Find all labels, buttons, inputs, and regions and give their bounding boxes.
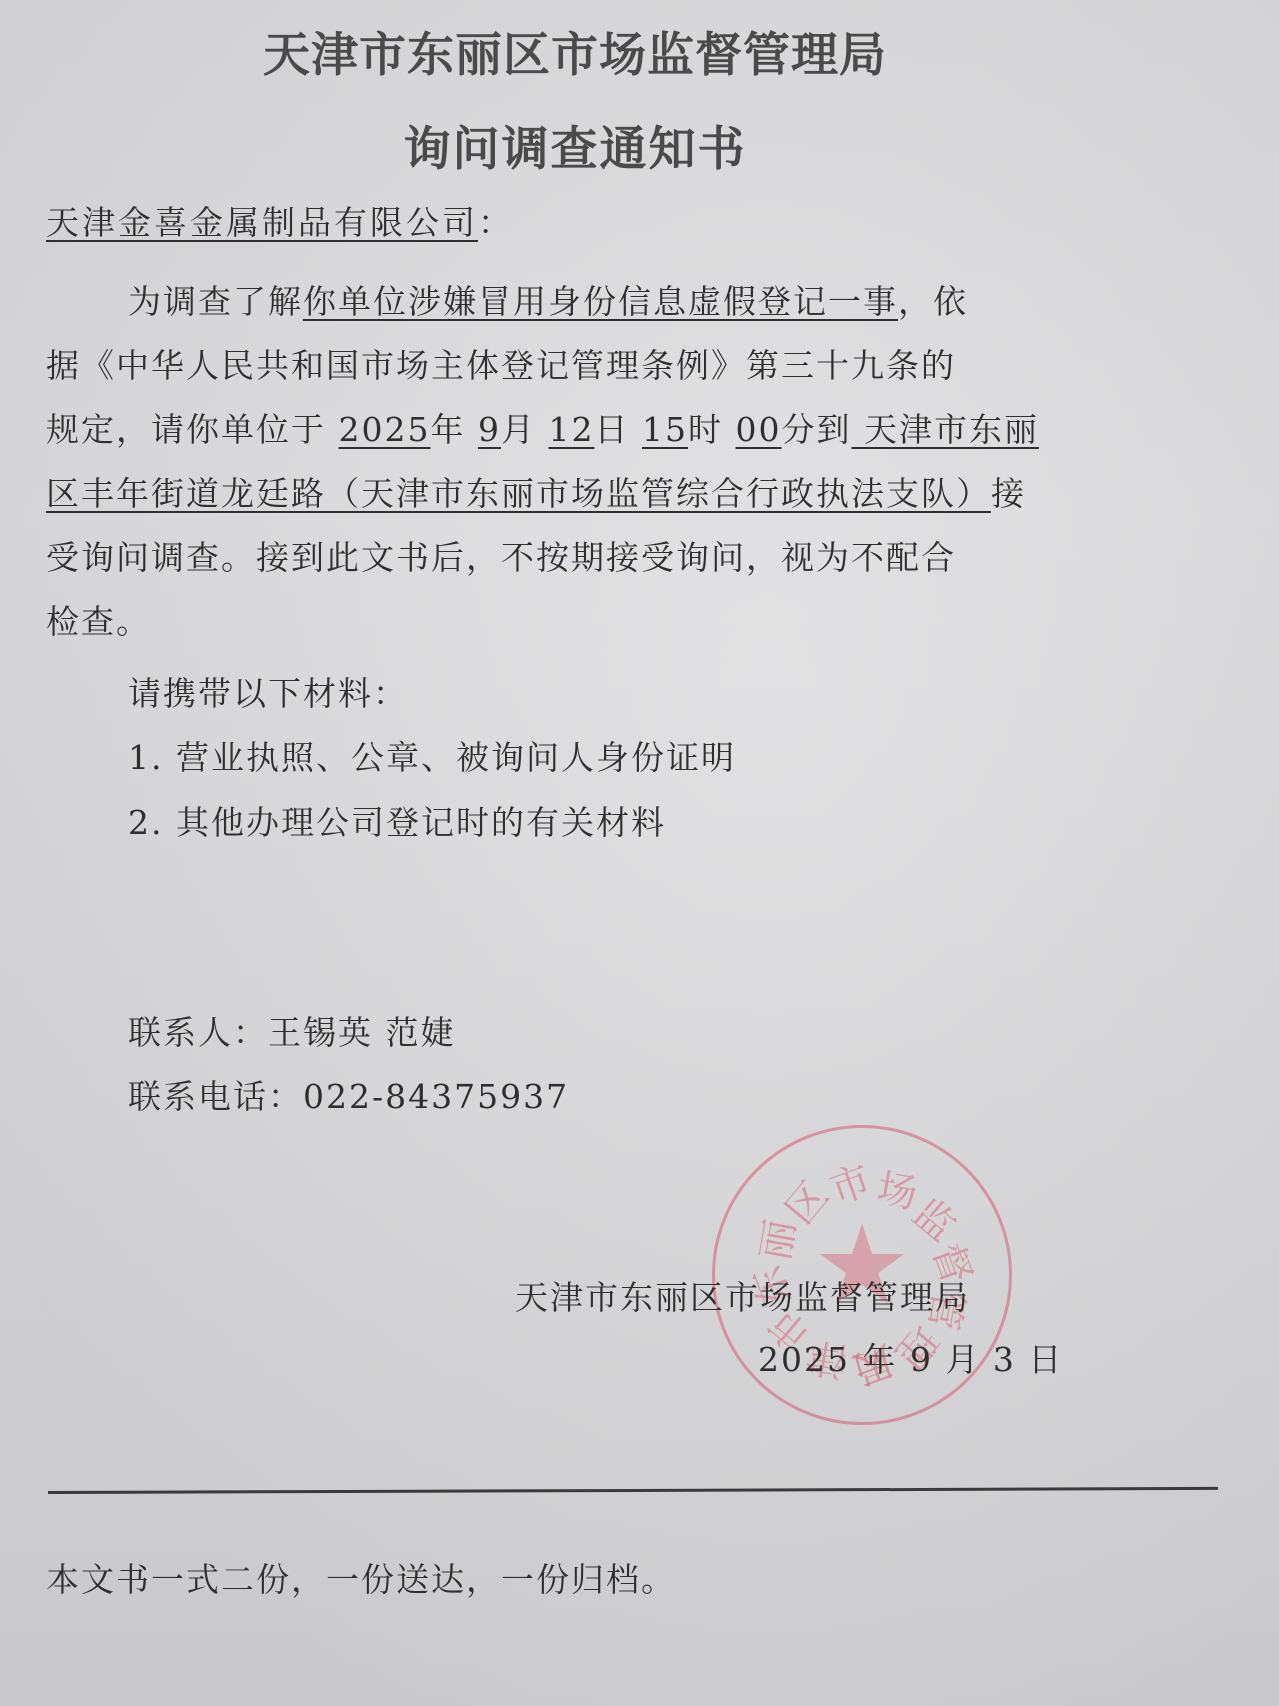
contact-persons: 王锡英 范婕 (268, 1013, 456, 1052)
body-line-4: 区丰年街道龙廷路（天津市东丽市场监管综合行政执法支队）接 (46, 468, 1026, 515)
location-part-2: 区丰年街道龙廷路（天津市东丽市场监管综合行政执法支队） (46, 474, 991, 513)
contact-phone-line: 联系电话：022-84375937 (128, 1071, 569, 1118)
body-line-2: 据《中华人民共和国市场主体登记管理条例》第三十九条的 (46, 340, 956, 387)
seal-char: 丽 (744, 1215, 807, 1264)
unit-text: 月 (501, 410, 536, 449)
contact-phone-label: 联系电话： (128, 1077, 303, 1116)
appointment-minute: 00 (735, 410, 781, 449)
materials-heading: 请携带以下材料： (128, 668, 408, 715)
footer-divider (48, 1487, 1218, 1494)
recipient-colon: ： (478, 203, 514, 242)
body-line-6: 检查。 (46, 596, 151, 643)
body-text: 规定，请你单位于 (46, 410, 326, 449)
contact-persons-label: 联系人： (128, 1013, 268, 1052)
appointment-year: 2025 (339, 410, 431, 449)
unit-text: 日 (594, 410, 629, 449)
location-part-1: 天津市东丽 (851, 410, 1039, 449)
footer-note: 本文书一式二份，一份送达，一份归档。 (46, 1554, 676, 1601)
body-text: 接 (991, 474, 1026, 513)
recipient: 天津金喜金属制品有限公司： (46, 197, 514, 244)
materials-item-1: 1. 营业执照、公章、被询问人身份证明 (128, 732, 736, 779)
body-line-1: 为调查了解你单位涉嫌冒用身份信息虚假登记一事，依 (128, 276, 968, 323)
appointment-day: 12 (548, 410, 594, 449)
paper-background (0, 0, 1279, 1706)
contact-persons-line: 联系人：王锡英 范婕 (128, 1007, 456, 1054)
unit-text: 年 (430, 410, 465, 449)
contact-phone: 022-84375937 (303, 1077, 569, 1116)
unit-text: 分到 (781, 410, 851, 449)
unit-text: 时 (688, 410, 723, 449)
body-text: 为调查了解 (128, 282, 303, 321)
appointment-month: 9 (478, 410, 501, 449)
signature-date: 2025 年 9 月 3 日 (758, 1334, 1063, 1381)
document-title: 询问调查通知书 (0, 112, 1150, 179)
recipient-name: 天津金喜金属制品有限公司 (46, 203, 478, 242)
appointment-hour: 15 (642, 410, 688, 449)
body-line-5: 受询问调查。接到此文书后，不按期接受询问，视为不配合 (46, 532, 956, 579)
signature-organization: 天津市东丽区市场监督管理局 (515, 1272, 970, 1319)
materials-item-2: 2. 其他办理公司登记时的有关材料 (128, 797, 666, 844)
body-line-3: 规定，请你单位于 2025年 9月 12日 15时 00分到 天津市东丽 (46, 404, 1039, 451)
issuer-title: 天津市东丽区市场监督管理局 (0, 18, 1150, 85)
investigation-matter: 你单位涉嫌冒用身份信息虚假登记一事 (303, 282, 898, 321)
body-text: ，依 (898, 282, 968, 321)
